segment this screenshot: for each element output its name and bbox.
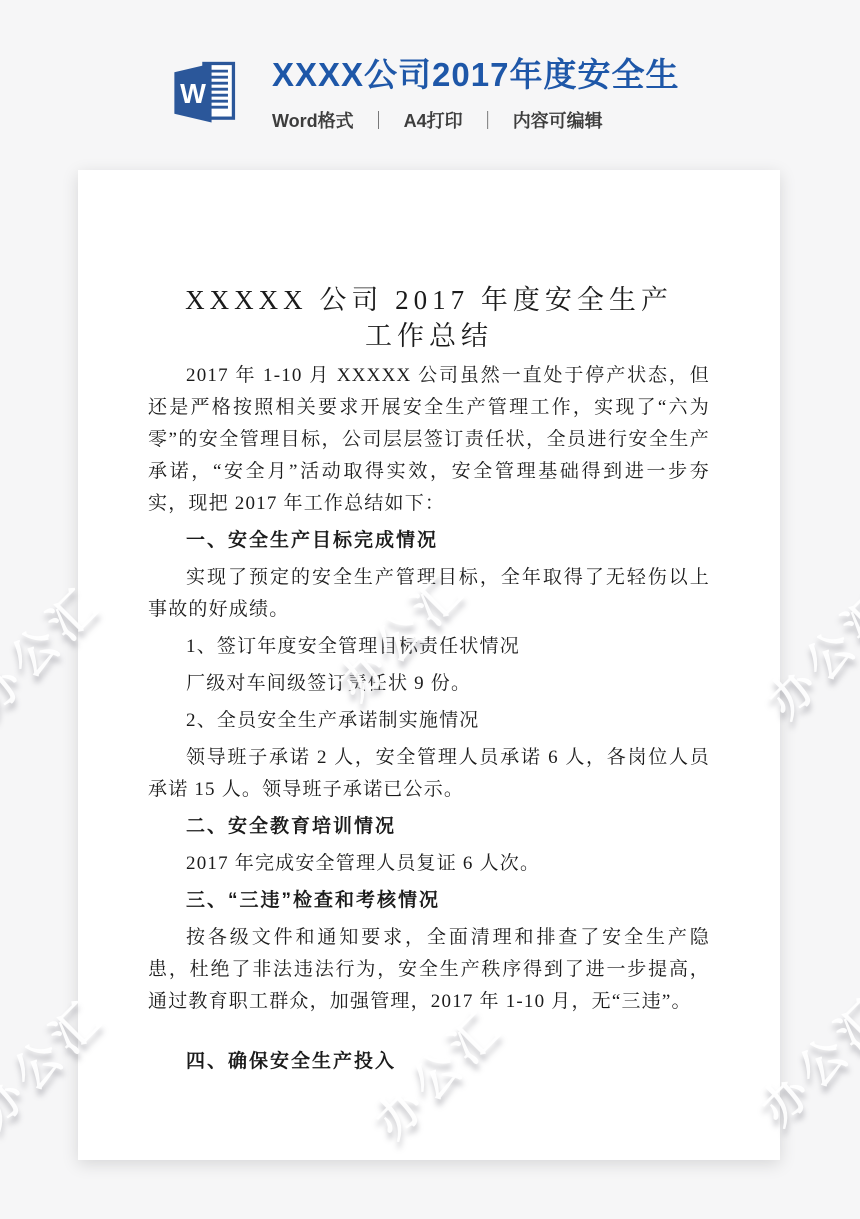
doc-paragraph: 2017 年 1-10 月 XXXXX 公司虽然一直处于停产状态，但还是严格按照…: [148, 360, 710, 520]
header-text: XXXX公司2017年度安全生 Word格式 ｜ A4打印 ｜ 内容可编辑: [272, 55, 679, 133]
document-title-line1: XXXXX 公司 2017 年度安全生产: [148, 282, 710, 318]
document-title: XXXXX 公司 2017 年度安全生产 工作总结: [148, 282, 710, 354]
template-subtitle: Word格式 ｜ A4打印 ｜ 内容可编辑: [272, 107, 679, 133]
separator-icon: ｜: [479, 107, 497, 133]
doc-paragraph: 按各级文件和通知要求，全面清理和排查了安全生产隐患，杜绝了非法违法行为，安全生产…: [148, 922, 710, 1018]
doc-heading: 四、确保安全生产投入: [148, 1046, 710, 1078]
doc-heading: 三、“三违”检查和考核情况: [148, 885, 710, 917]
doc-paragraph: 领导班子承诺 2 人，安全管理人员承诺 6 人，各岗位人员承诺 15 人。领导班…: [148, 742, 710, 806]
word-icon: W: [170, 57, 240, 129]
doc-heading: 一、安全生产目标完成情况: [148, 525, 710, 557]
separator-icon: ｜: [370, 107, 388, 133]
word-icon-lines: [210, 71, 228, 107]
template-title: XXXX公司2017年度安全生: [272, 55, 679, 95]
doc-paragraph: 1、签订年度安全管理目标责任状情况: [148, 631, 710, 663]
feature-word-format: Word格式: [272, 107, 354, 133]
doc-paragraph: 2、全员安全生产承诺制实施情况: [148, 705, 710, 737]
feature-a4-print: A4打印: [404, 107, 463, 133]
template-header: W XXXX公司2017年度安全生 Word格式 ｜ A4打印 ｜ 内容可编辑: [170, 55, 679, 133]
doc-paragraph: 实现了预定的安全生产管理目标，全年取得了无轻伤以上事故的好成绩。: [148, 562, 710, 626]
doc-paragraph: 厂级对车间级签订责任状 9 份。: [148, 668, 710, 700]
doc-heading: 二、安全教育培训情况: [148, 811, 710, 843]
word-icon-letter: W: [180, 78, 206, 109]
doc-paragraph: 2017 年完成安全管理人员复证 6 人次。: [148, 848, 710, 880]
document-title-line2: 工作总结: [148, 318, 710, 354]
feature-editable: 内容可编辑: [513, 107, 603, 133]
document-page: XXXXX 公司 2017 年度安全生产 工作总结 2017 年 1-10 月 …: [78, 170, 780, 1160]
